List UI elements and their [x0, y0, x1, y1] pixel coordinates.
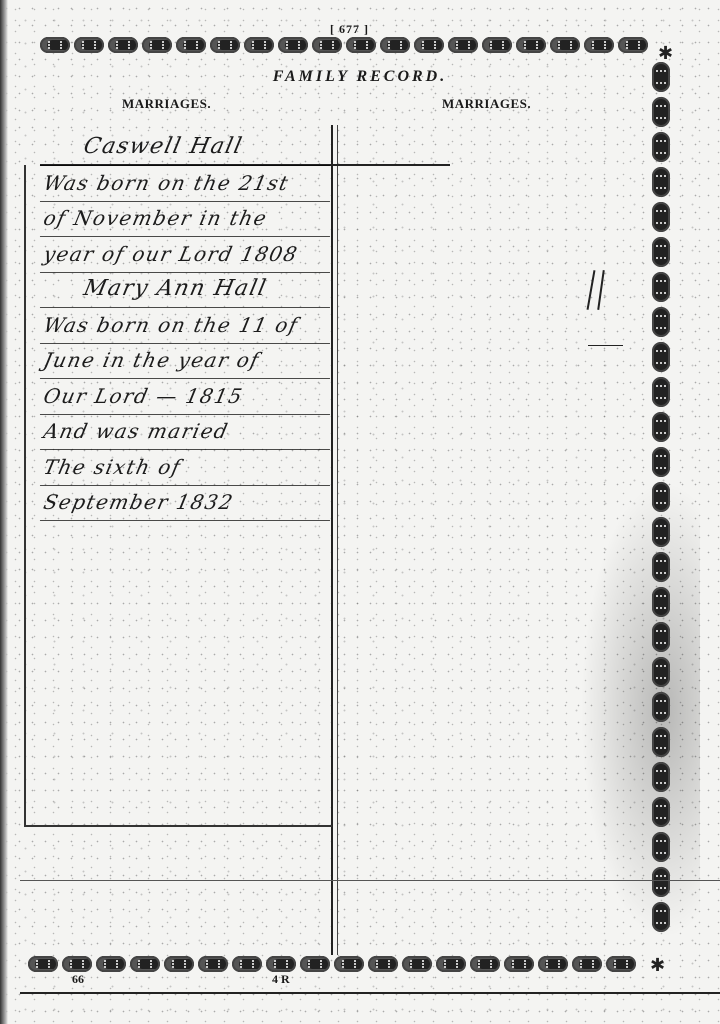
page-edge — [0, 0, 8, 1024]
border-bead-icon — [538, 956, 568, 972]
decorative-border-bottom — [28, 956, 650, 972]
border-bead-icon — [550, 37, 580, 53]
border-bead-icon — [652, 867, 670, 897]
rule-line — [20, 992, 720, 994]
border-bead-icon — [164, 956, 194, 972]
border-bead-icon — [278, 37, 308, 53]
entry-line: of November in the — [40, 201, 338, 237]
border-bead-icon — [436, 956, 466, 972]
decorative-border-top — [40, 37, 660, 53]
border-bead-icon — [652, 202, 670, 232]
border-bead-icon — [504, 956, 534, 972]
entry-line: September 1832 — [40, 485, 338, 521]
border-bead-icon — [130, 956, 160, 972]
border-bead-icon — [606, 956, 636, 972]
entry-line: Caswell Hall — [40, 130, 338, 166]
border-bead-icon — [652, 447, 670, 477]
border-bead-icon — [652, 902, 670, 932]
ink-mark — [587, 270, 596, 310]
border-bead-icon — [516, 37, 546, 53]
border-bead-icon — [142, 37, 172, 53]
border-bead-icon — [652, 307, 670, 337]
border-bead-icon — [652, 762, 670, 792]
page-number: [ 677 ] — [330, 22, 369, 37]
entry-line: Was born on the 21st — [40, 166, 338, 202]
border-bead-icon — [96, 956, 126, 972]
border-bead-icon — [572, 956, 602, 972]
entry-line: Our Lord — 1815 — [40, 379, 338, 415]
signature-mark-left: 66 — [72, 972, 84, 987]
border-bead-icon — [652, 482, 670, 512]
border-bead-icon — [652, 412, 670, 442]
entry-line: Mary Ann Hall — [40, 272, 338, 308]
border-bead-icon — [652, 797, 670, 827]
border-bead-icon — [414, 37, 444, 53]
border-bead-icon — [28, 956, 58, 972]
border-bead-icon — [652, 727, 670, 757]
border-bead-icon — [266, 956, 296, 972]
marriage-entry: Caswell Hall Was born on the 21st of Nov… — [40, 130, 330, 521]
border-bead-icon — [300, 956, 330, 972]
border-bead-icon — [652, 62, 670, 92]
entry-line: June in the year of — [40, 343, 338, 379]
border-bead-icon — [652, 272, 670, 302]
border-bead-icon — [652, 167, 670, 197]
border-bead-icon — [652, 342, 670, 372]
border-bead-icon — [652, 692, 670, 722]
border-bead-icon — [380, 37, 410, 53]
border-bead-icon — [652, 517, 670, 547]
border-bead-icon — [652, 97, 670, 127]
page-title: FAMILY RECORD. — [250, 68, 470, 86]
column-heading-right: MARRIAGES. — [442, 96, 531, 112]
border-bead-icon — [652, 377, 670, 407]
border-bead-icon — [652, 832, 670, 862]
border-bead-icon — [368, 956, 398, 972]
border-bead-icon — [176, 37, 206, 53]
entry-line: The sixth of — [40, 450, 338, 486]
border-bead-icon — [334, 956, 364, 972]
border-bead-icon — [652, 132, 670, 162]
column-heading-left: MARRIAGES. — [122, 96, 211, 112]
border-bead-icon — [210, 37, 240, 53]
border-bead-icon — [584, 37, 614, 53]
border-bead-icon — [232, 956, 262, 972]
border-bead-icon — [618, 37, 648, 53]
scan-smudge — [580, 480, 700, 940]
entry-line: And was maried — [40, 414, 338, 450]
border-bead-icon — [448, 37, 478, 53]
entry-line: Was born on the 11 of — [40, 308, 338, 344]
border-bead-icon — [74, 37, 104, 53]
border-bead-icon — [652, 237, 670, 267]
border-bead-icon — [652, 587, 670, 617]
border-bead-icon — [62, 956, 92, 972]
corner-ornament-icon: ✱ — [650, 956, 665, 974]
border-bead-icon — [346, 37, 376, 53]
border-bead-icon — [312, 37, 342, 53]
border-bead-icon — [402, 956, 432, 972]
decorative-border-right — [652, 62, 670, 947]
entry-line: year of our Lord 1808 — [40, 237, 338, 273]
border-bead-icon — [652, 622, 670, 652]
signature-mark-right: 4 R — [272, 972, 290, 987]
rule-line — [20, 880, 720, 881]
border-bead-icon — [198, 956, 228, 972]
border-bead-icon — [482, 37, 512, 53]
border-bead-icon — [108, 37, 138, 53]
ink-mark — [588, 345, 623, 346]
border-bead-icon — [40, 37, 70, 53]
ink-mark — [597, 270, 605, 310]
corner-ornament-icon: ✱ — [658, 44, 673, 62]
border-bead-icon — [652, 552, 670, 582]
border-bead-icon — [470, 956, 500, 972]
border-bead-icon — [652, 657, 670, 687]
border-bead-icon — [244, 37, 274, 53]
